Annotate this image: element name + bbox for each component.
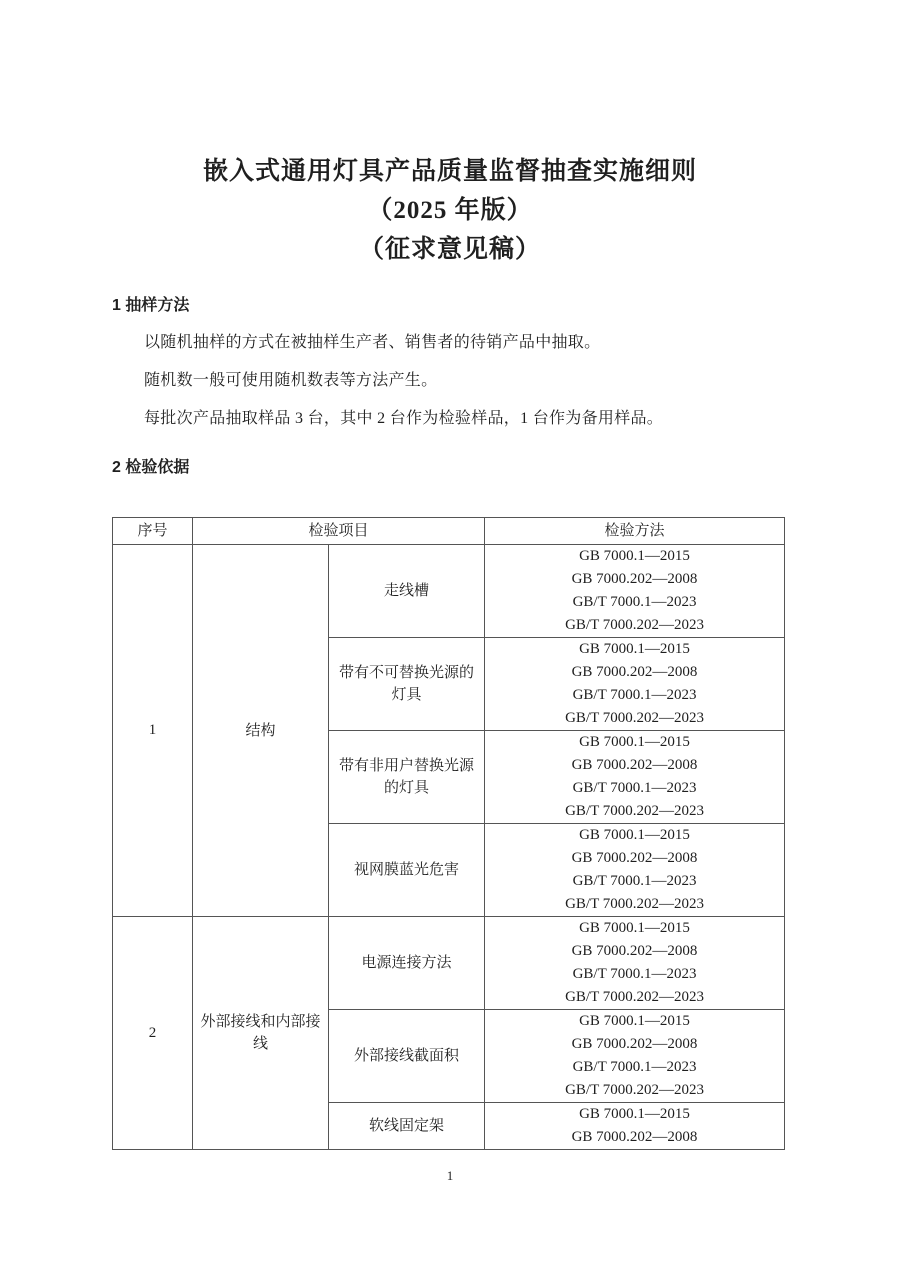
methods-cell: GB 7000.1—2015GB 7000.202—2008 xyxy=(485,1103,785,1150)
method-line: GB 7000.1—2015 xyxy=(489,638,780,661)
section2-heading: 2 检验依据 xyxy=(112,457,788,479)
group1-number: 1 xyxy=(113,545,193,917)
method-line: GB/T 7000.202—2023 xyxy=(489,1079,780,1102)
table-row: 1 结构 走线槽 GB 7000.1—2015GB 7000.202—2008G… xyxy=(113,545,785,638)
methods-cell: GB 7000.1—2015GB 7000.202—2008GB/T 7000.… xyxy=(485,638,785,731)
method-line: GB 7000.202—2008 xyxy=(489,1033,780,1056)
method-line: GB 7000.202—2008 xyxy=(489,661,780,684)
item-name: 电源连接方法 xyxy=(329,917,485,1010)
method-line: GB 7000.1—2015 xyxy=(489,824,780,847)
document-page: 嵌入式通用灯具产品质量监督抽查实施细则 （2025 年版） （征求意见稿） 1 … xyxy=(0,0,900,1273)
item-name: 带有不可替换光源的灯具 xyxy=(329,638,485,731)
methods-cell: GB 7000.1—2015GB 7000.202—2008GB/T 7000.… xyxy=(485,1010,785,1103)
methods-cell: GB 7000.1—2015GB 7000.202—2008GB/T 7000.… xyxy=(485,545,785,638)
document-title-draft: （征求意见稿） xyxy=(112,230,788,269)
item-name: 外部接线截面积 xyxy=(329,1010,485,1103)
header-method: 检验方法 xyxy=(485,518,785,545)
inspection-basis-table: 序号 检验项目 检验方法 1 结构 走线槽 GB 7000.1—2015GB 7… xyxy=(112,517,785,1150)
group2-number: 2 xyxy=(113,917,193,1150)
method-line: GB/T 7000.202—2023 xyxy=(489,614,780,637)
method-line: GB 7000.202—2008 xyxy=(489,568,780,591)
table-header-row: 序号 检验项目 检验方法 xyxy=(113,518,785,545)
method-line: GB/T 7000.1—2023 xyxy=(489,963,780,986)
item-name: 软线固定架 xyxy=(329,1103,485,1150)
section1-paragraph-2: 随机数一般可使用随机数表等方法产生。 xyxy=(112,371,788,391)
title-block: 嵌入式通用灯具产品质量监督抽查实施细则 （2025 年版） （征求意见稿） xyxy=(112,152,788,269)
group1-category: 结构 xyxy=(193,545,329,917)
group2-category: 外部接线和内部接线 xyxy=(193,917,329,1150)
method-line: GB/T 7000.202—2023 xyxy=(489,707,780,730)
method-line: GB 7000.1—2015 xyxy=(489,1103,780,1126)
methods-cell: GB 7000.1—2015GB 7000.202—2008GB/T 7000.… xyxy=(485,824,785,917)
table-row: 2 外部接线和内部接线 电源连接方法 GB 7000.1—2015GB 7000… xyxy=(113,917,785,1010)
section1-heading: 1 抽样方法 xyxy=(112,295,788,317)
methods-cell: GB 7000.1—2015GB 7000.202—2008GB/T 7000.… xyxy=(485,731,785,824)
header-seq: 序号 xyxy=(113,518,193,545)
page-content: 嵌入式通用灯具产品质量监督抽查实施细则 （2025 年版） （征求意见稿） 1 … xyxy=(0,0,900,1184)
page-number: 1 xyxy=(112,1168,788,1184)
document-title: 嵌入式通用灯具产品质量监督抽查实施细则 xyxy=(112,152,788,191)
method-line: GB/T 7000.1—2023 xyxy=(489,777,780,800)
method-line: GB/T 7000.1—2023 xyxy=(489,591,780,614)
section1-paragraph-1: 以随机抽样的方式在被抽样生产者、销售者的待销产品中抽取。 xyxy=(112,333,788,353)
method-line: GB 7000.1—2015 xyxy=(489,731,780,754)
method-line: GB 7000.202—2008 xyxy=(489,847,780,870)
method-line: GB 7000.202—2008 xyxy=(489,754,780,777)
method-line: GB/T 7000.1—2023 xyxy=(489,684,780,707)
header-item: 检验项目 xyxy=(193,518,485,545)
method-line: GB/T 7000.1—2023 xyxy=(489,1056,780,1079)
item-name: 带有非用户替换光源的灯具 xyxy=(329,731,485,824)
method-line: GB 7000.1—2015 xyxy=(489,545,780,568)
method-line: GB 7000.1—2015 xyxy=(489,1010,780,1033)
method-line: GB 7000.1—2015 xyxy=(489,917,780,940)
item-name: 视网膜蓝光危害 xyxy=(329,824,485,917)
method-line: GB/T 7000.202—2023 xyxy=(489,800,780,823)
method-line: GB/T 7000.202—2023 xyxy=(489,893,780,916)
method-line: GB 7000.202—2008 xyxy=(489,940,780,963)
item-name: 走线槽 xyxy=(329,545,485,638)
section1-paragraph-3: 每批次产品抽取样品 3 台，其中 2 台作为检验样品，1 台作为备用样品。 xyxy=(112,409,788,429)
method-line: GB 7000.202—2008 xyxy=(489,1126,780,1149)
method-line: GB/T 7000.202—2023 xyxy=(489,986,780,1009)
document-title-edition: （2025 年版） xyxy=(112,191,788,230)
methods-cell: GB 7000.1—2015GB 7000.202—2008GB/T 7000.… xyxy=(485,917,785,1010)
method-line: GB/T 7000.1—2023 xyxy=(489,870,780,893)
